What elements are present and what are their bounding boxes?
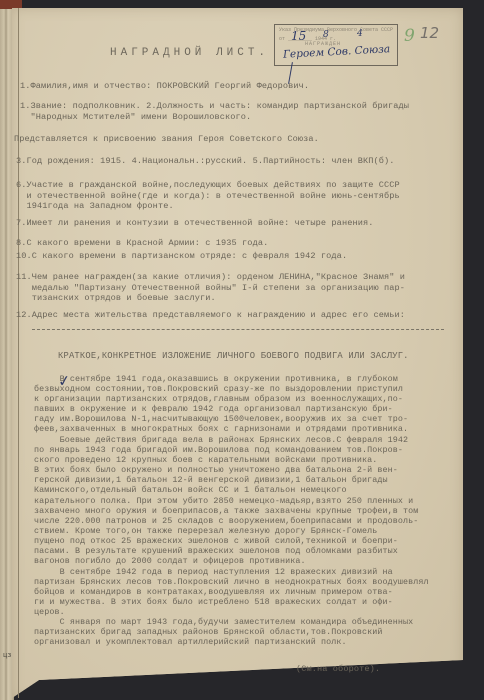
- green-pencil-mark: 9: [404, 26, 415, 46]
- field-rank-position: 1.Звание: подполковник. 2.Должность и ча…: [20, 101, 409, 122]
- field-war-participation: 6.Участие в гражданской войне,последующи…: [16, 180, 400, 212]
- margin-rule: [18, 8, 19, 698]
- body-paragraph-1: В сентябре 1941 года,оказавшись в окруже…: [34, 374, 408, 435]
- binding-edge: [0, 0, 14, 700]
- body-paragraph-3: В сентябре 1942 года в период наступлени…: [34, 567, 429, 617]
- field-previous-awards: 11.Чем ранее награжден(за какие отличия)…: [16, 272, 405, 304]
- document-title: НАГРАДНОЙ ЛИСТ.: [110, 48, 269, 59]
- margin-note: цз: [3, 652, 11, 660]
- field-full-name: 1.Фамилия,имя и отчество: ПОКРОВСКИЙ Гео…: [20, 81, 309, 92]
- field-birth-nationality-party: 3.Год рождения: 1915. 4.Национальн.:русс…: [16, 156, 395, 167]
- stamp-signature: Героем Сов. Союза: [283, 43, 391, 61]
- address-blank-line: [32, 329, 444, 330]
- body-paragraph-4: С января по март 1943 года,будучи замест…: [34, 617, 413, 647]
- field-red-army-since: 8.С какого времени в Красной Армии: с 19…: [16, 238, 268, 249]
- footer-see-reverse: (См.на обороте).: [296, 664, 380, 675]
- stamp-day: 15: [291, 29, 306, 43]
- field-nomination: Представляется к присвоению звания Героя…: [14, 134, 319, 145]
- award-stamp: Указ Президиума Верховного Совета СССР о…: [274, 24, 398, 66]
- body-paragraph-2: Боевые действия бригада вела в районах Б…: [34, 435, 418, 566]
- stamp-year: 4: [357, 29, 363, 39]
- section-heading: КРАТКОЕ,КОНКРЕТНОЕ ИЗЛОЖЕНИЕ ЛИЧНОГО БОЕ…: [58, 351, 409, 362]
- stamp-month: 8: [323, 30, 329, 40]
- page-number: 12: [420, 24, 439, 42]
- field-partisan-since: 10.С какого времени в партизанском отряд…: [16, 251, 347, 262]
- field-address: 12.Адрес места жительства представляемог…: [16, 310, 405, 321]
- field-wounds: 7.Имеет ли ранения и контузии в отечеств…: [16, 218, 373, 229]
